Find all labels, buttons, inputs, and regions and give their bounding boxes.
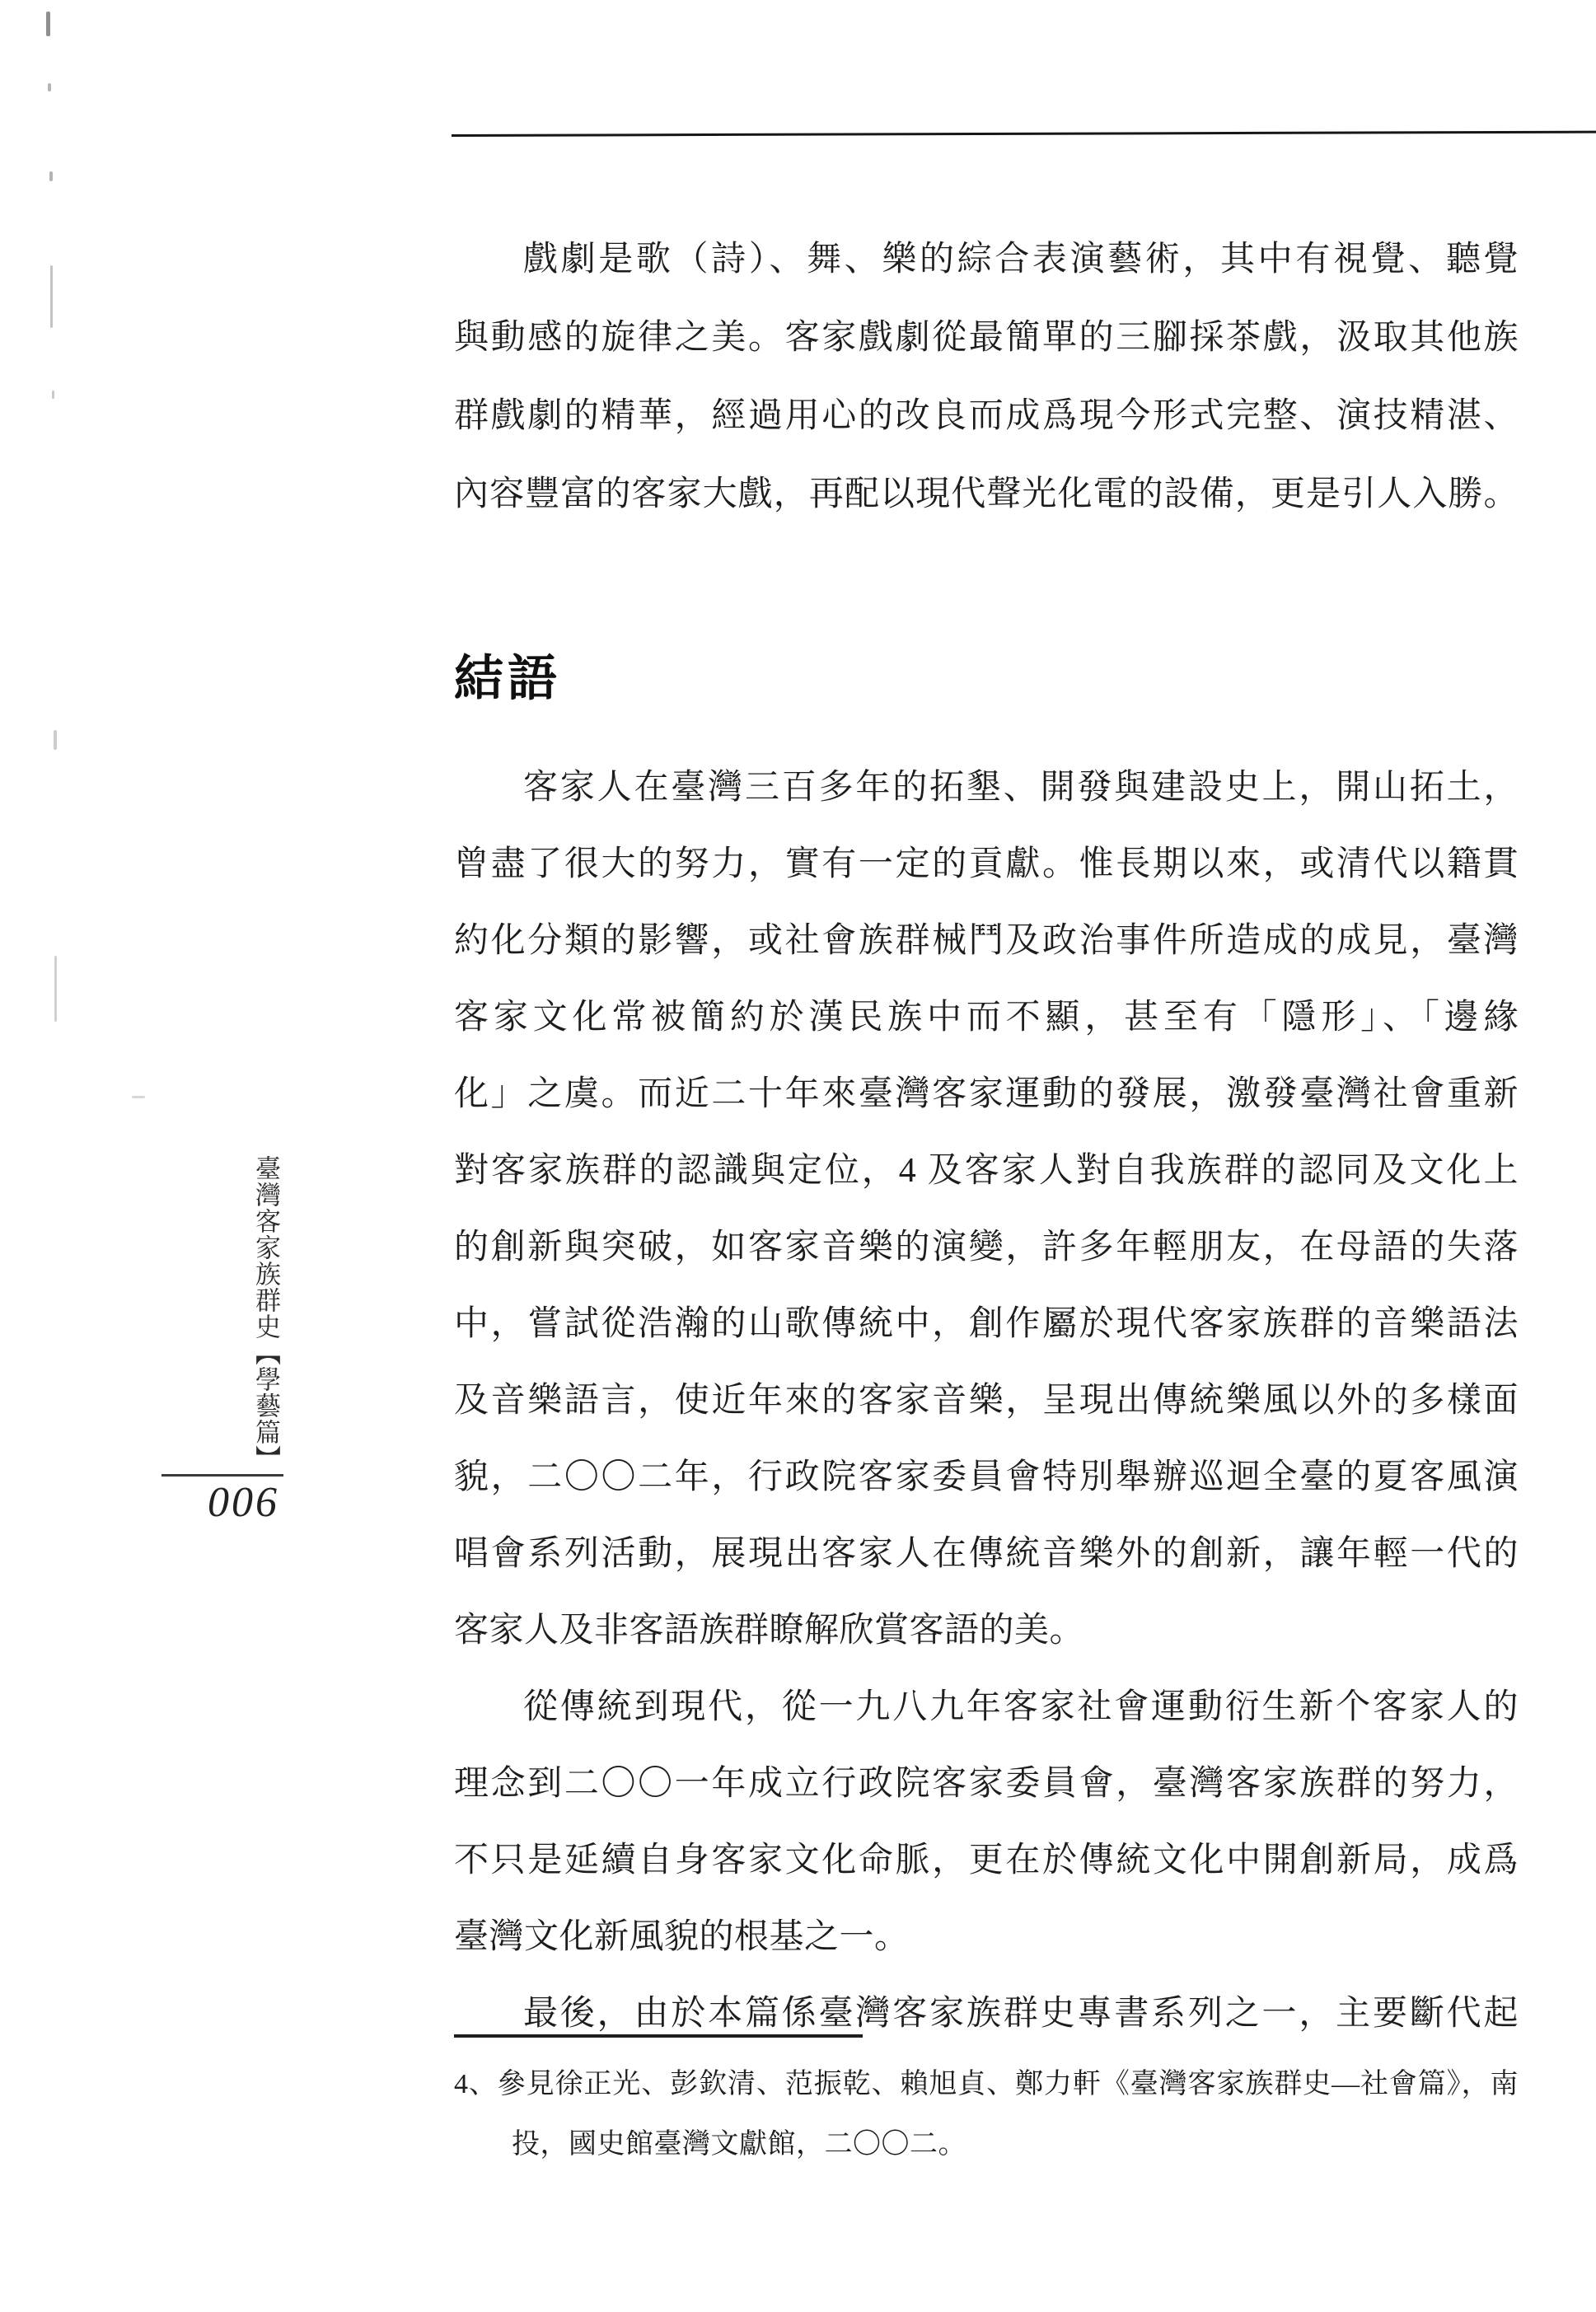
- scan-artifact: [52, 391, 54, 399]
- scan-artifact: [54, 956, 57, 1022]
- paragraph-intro: 戲劇是歌（詩）、舞、樂的綜合表演藝術，其中有視覺、聽覺與動感的旋律之美。客家戲劇…: [454, 221, 1519, 534]
- text-line: 化」之虞。而近二十年來臺灣客家運動的發展，激發臺灣社會重新: [454, 1056, 1519, 1133]
- text-line: 理念到二〇〇一年成立行政院客家委員會，臺灣客家族群的努力，: [454, 1746, 1519, 1823]
- scan-artifact: [46, 12, 50, 36]
- text-line: 投，國史館臺灣文獻館，二〇〇二。: [454, 2114, 1519, 2174]
- section-heading: 結語: [454, 653, 561, 705]
- text-line: 曾盡了很大的努力，實有一定的貢獻。惟長期以來，或清代以籍貫: [454, 826, 1519, 903]
- scan-artifact: [50, 265, 53, 328]
- text-line: 最後，由於本篇係臺灣客家族群史專書系列之一，主要斷代起: [454, 1976, 1519, 2052]
- text-line: 中，嘗試從浩瀚的山歌傳統中，創作屬於現代客家族群的音樂語法: [454, 1286, 1519, 1363]
- text-line: 內容豐富的客家大戲，再配以現代聲光化電的設備，更是引人入勝。: [454, 456, 1519, 534]
- text-line: 約化分類的影響，或社會族群械鬥及政治事件所造成的成見，臺灣: [454, 903, 1519, 980]
- text-line: 戲劇是歌（詩）、舞、樂的綜合表演藝術，其中有視覺、聽覺: [454, 221, 1519, 299]
- header-rule: [452, 131, 1596, 137]
- scan-artifact: [49, 171, 53, 181]
- scan-artifact: [48, 83, 51, 91]
- text-line: 群戲劇的精華，經過用心的改良而成爲現今形式完整、演技精湛、: [454, 377, 1519, 456]
- body-paragraphs: 客家人在臺灣三百多年的拓墾、開發與建設史上，開山拓土，曾盡了很大的努力，實有一定…: [454, 750, 1519, 2052]
- text-line: 臺灣文化新風貌的根基之一。: [454, 1899, 1519, 1976]
- text-line: 貌，二〇〇二年，行政院客家委員會特別舉辦巡迴全臺的夏客風演: [454, 1439, 1519, 1516]
- text-line: 客家人及非客語族群瞭解欣賞客語的美。: [454, 1593, 1519, 1669]
- text-line: 與動感的旋律之美。客家戲劇從最簡單的三腳採茶戲，汲取其他族: [454, 299, 1519, 377]
- text-line: 從傳統到現代，從一九八九年客家社會運動衍生新个客家人的: [454, 1669, 1519, 1746]
- page-number: 006: [208, 1478, 279, 1527]
- text-line: 客家文化常被簡約於漢民族中而不顯，甚至有「隱形」、「邊緣: [454, 980, 1519, 1056]
- footnote-separator-rule: [454, 2034, 863, 2038]
- scan-artifact: [54, 730, 57, 750]
- text-line: 4、參見徐正光、彭欽清、范振乾、賴旭貞、鄭力軒《臺灣客家族群史—社會篇》，南: [454, 2054, 1519, 2114]
- scan-artifact: [132, 1096, 145, 1098]
- text-line: 及音樂語言，使近年來的客家音樂，呈現出傳統樂風以外的多樣面: [454, 1363, 1519, 1439]
- footnote: 4、參見徐正光、彭欽清、范振乾、賴旭貞、鄭力軒《臺灣客家族群史—社會篇》，南投，…: [454, 2054, 1519, 2174]
- text-line: 的創新與突破，如客家音樂的演變，許多年輕朋友，在母語的失落: [454, 1210, 1519, 1286]
- text-line: 對客家族群的認識與定位，4 及客家人對自我族群的認同及文化上: [454, 1133, 1519, 1210]
- book-page: 戲劇是歌（詩）、舞、樂的綜合表演藝術，其中有視覺、聽覺與動感的旋律之美。客家戲劇…: [0, 0, 1596, 2312]
- text-line: 不只是延續自身客家文化命脈，更在於傳統文化中開創新局，成爲: [454, 1823, 1519, 1899]
- vertical-running-title: 臺灣客家族群史【學藝篇】: [247, 1155, 284, 1472]
- sidebar-rule: [161, 1474, 283, 1477]
- text-line: 唱會系列活動，展現出客家人在傳統音樂外的創新，讓年輕一代的: [454, 1516, 1519, 1593]
- text-line: 客家人在臺灣三百多年的拓墾、開發與建設史上，開山拓土，: [454, 750, 1519, 826]
